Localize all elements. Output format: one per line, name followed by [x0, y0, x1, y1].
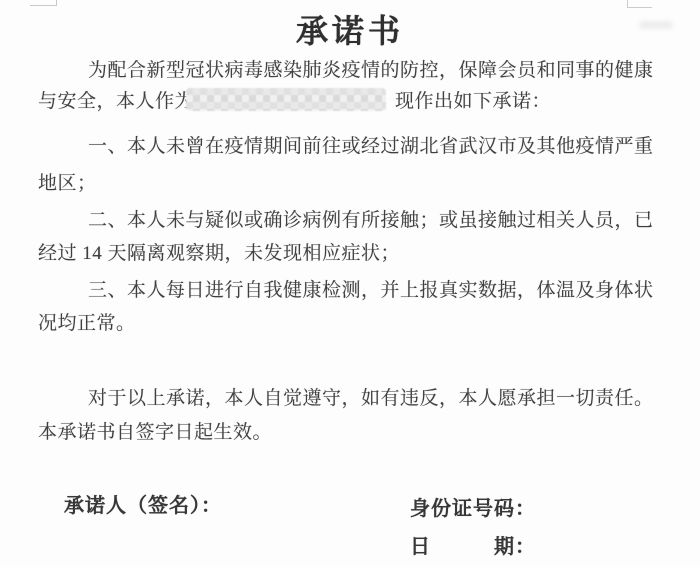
commitment-item-2-line-2: 经过 14 天隔离观察期，未发现相应症状；	[38, 238, 400, 265]
date-label: 日 期：	[410, 530, 536, 559]
paragraph1-line2-after: 现作出如下承诺：	[395, 86, 551, 113]
paragraph2-line2: 本承诺书自签字日起生效。	[38, 417, 272, 444]
commitment-item-3-line-2: 况均正常。	[38, 308, 136, 335]
paragraph1-line2: 与安全，本人作为 现作出如下承诺：	[38, 86, 551, 113]
redaction-mosaic	[186, 88, 386, 111]
signer-label: 承诺人（签名）：	[64, 489, 222, 518]
commitment-item-2-line-1: 二、本人未与疑似或确诊病例有所接触；或虽接触过相关人员，已	[88, 205, 654, 232]
paragraph1-line2-before: 与安全，本人作为	[38, 86, 194, 113]
doc-title: 承诺书	[0, 6, 700, 52]
document-page: 承诺书 为配合新型冠状病毒感染肺炎疫情的防控，保障会员和同事的健康 与安全，本人…	[0, 0, 700, 567]
commitment-item-1-line-2: 地区；	[38, 168, 97, 195]
paragraph2-line1: 对于以上承诺，本人自觉遵守，如有违反，本人愿承担一切责任。	[88, 383, 654, 410]
id-number-label: 身份证号码：	[410, 492, 536, 521]
commitment-item-1-line-1: 一、本人未曾在疫情期间前往或经过湖北省武汉市及其他疫情严重	[88, 131, 654, 158]
paragraph1-line1: 为配合新型冠状病毒感染肺炎疫情的防控，保障会员和同事的健康	[88, 55, 654, 82]
commitment-item-3-line-1: 三、本人每日进行自我健康检测，并上报真实数据，体温及身体状	[88, 275, 654, 302]
